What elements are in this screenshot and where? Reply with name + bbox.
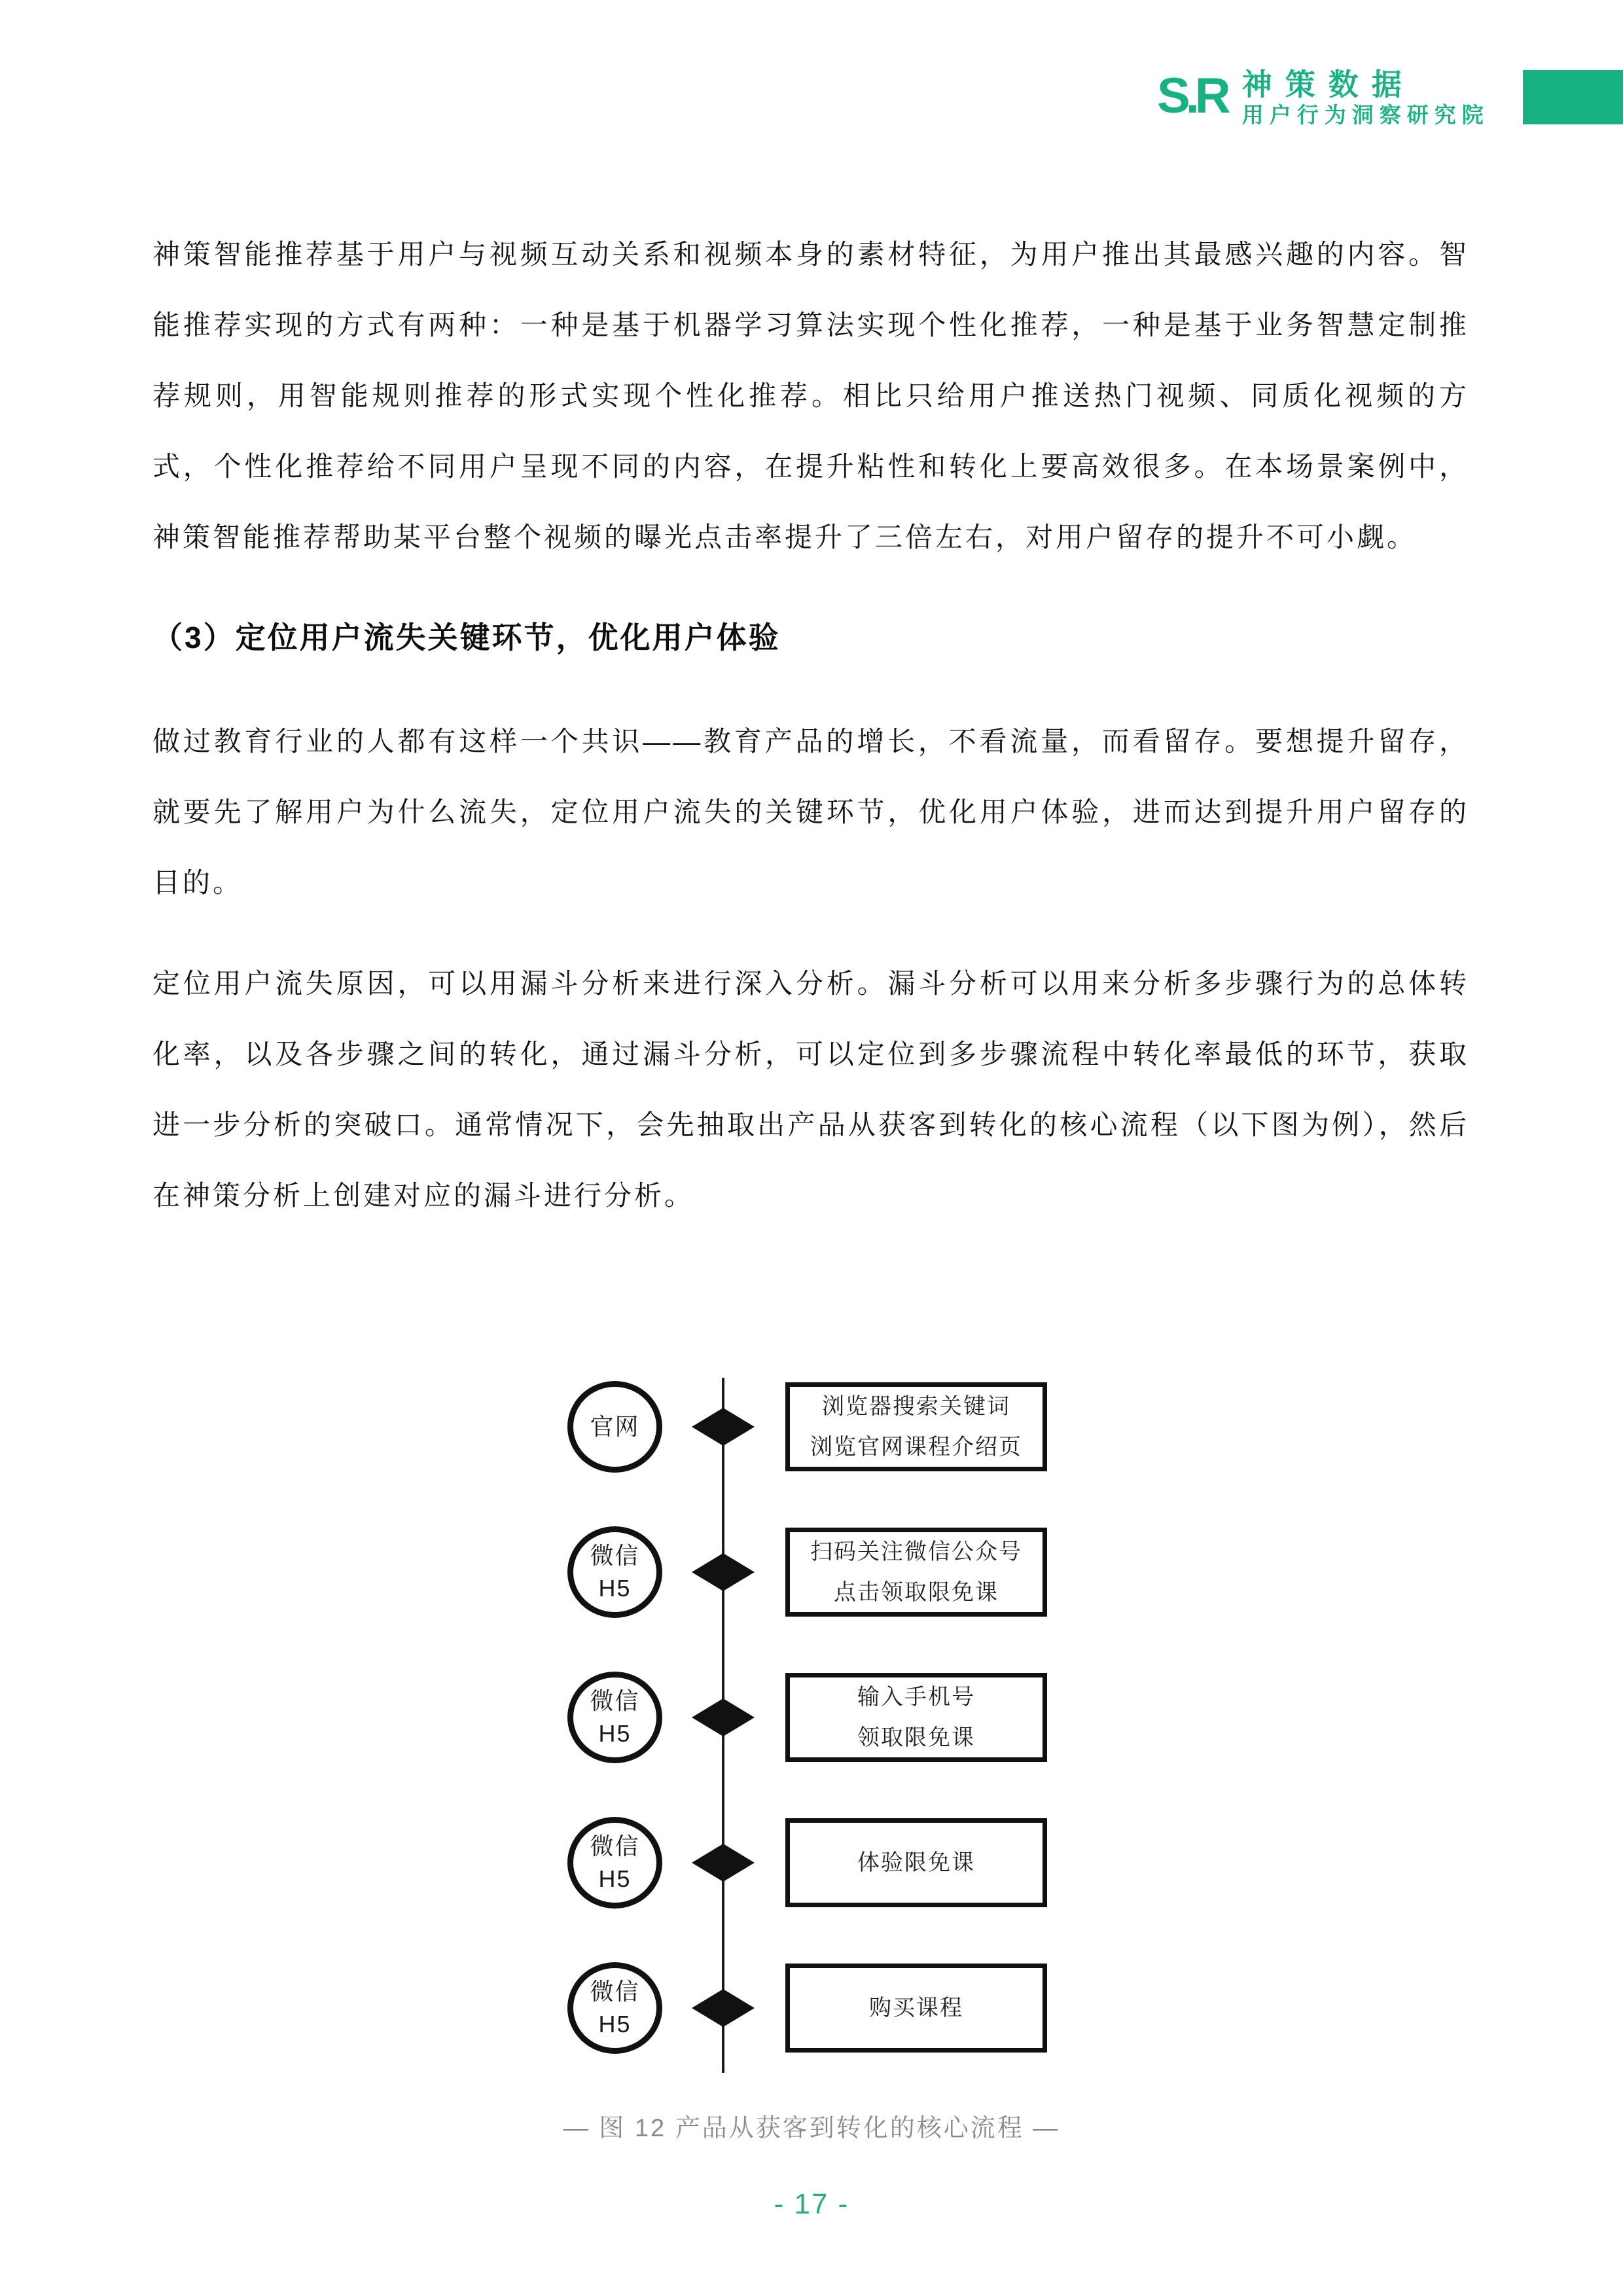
box-line: 浏览器搜索关键词: [822, 1386, 1010, 1427]
circle-label: H5: [598, 1863, 631, 1895]
flow-node-circle-wechat-h5: 微信 H5: [567, 1526, 662, 1618]
box-line: 输入手机号: [857, 1677, 975, 1717]
flow-node-circle-guanwang: 官网: [567, 1381, 662, 1473]
circle-label: 微信: [590, 1685, 639, 1717]
circle-label: H5: [598, 1717, 631, 1750]
document-page: S.R 神策数据 用户行为洞察研究院 神策智能推荐基于用户与视频互动关系和视频本…: [0, 0, 1623, 2296]
flow-step-box-purchase: 购买课程: [785, 1964, 1047, 2053]
figure-caption: — 图 12 产品从获客到转化的核心流程 —: [0, 2109, 1623, 2148]
circle-label: 微信: [590, 1830, 639, 1863]
flow-step-box-browse: 浏览器搜索关键词 浏览官网课程介绍页: [785, 1382, 1047, 1471]
flow-step-box-scan-follow: 扫码关注微信公众号 点击领取限免课: [785, 1528, 1047, 1617]
box-line: 体验限免课: [857, 1842, 975, 1883]
circle-label: H5: [598, 1572, 631, 1605]
flow-connector-diamond: [692, 1844, 755, 1882]
flow-connector-diamond: [692, 1698, 755, 1736]
section-heading: （3）定位用户流失关键环节，优化用户体验: [152, 606, 1469, 669]
box-line: 扫码关注微信公众号: [810, 1532, 1022, 1572]
paragraph-intelligent-recommendation: 神策智能推荐基于用户与视频互动关系和视频本身的素材特征，为用户推出其最感兴趣的内…: [152, 219, 1469, 573]
paragraph-education-consensus: 做过教育行业的人都有这样一个共识——教育产品的增长，不看流量，而看留存。要想提升…: [152, 706, 1469, 918]
paragraph-funnel-analysis: 定位用户流失原因，可以用漏斗分析来进行深入分析。漏斗分析可以用来分析多步骤行为的…: [152, 948, 1469, 1231]
flow-step-box-trial-course: 体验限免课: [785, 1818, 1047, 1907]
box-line: 点击领取限免课: [834, 1572, 999, 1613]
flow-node-circle-wechat-h5: 微信 H5: [567, 1817, 662, 1909]
box-line: 购买课程: [869, 1988, 963, 2028]
flow-node-circle-wechat-h5: 微信 H5: [567, 1672, 662, 1763]
circle-label: 微信: [590, 1975, 639, 2008]
flow-connector-diamond: [692, 1408, 755, 1446]
flow-connector-diamond: [692, 1989, 755, 2027]
box-line: 领取限免课: [857, 1717, 975, 1758]
circle-label: H5: [598, 2008, 631, 2041]
page-content: 神策智能推荐基于用户与视频互动关系和视频本身的素材特征，为用户推出其最感兴趣的内…: [0, 0, 1623, 1231]
flow-step-box-enter-phone: 输入手机号 领取限免课: [785, 1673, 1047, 1762]
box-line: 浏览官网课程介绍页: [810, 1427, 1022, 1467]
flow-connector-diamond: [692, 1553, 755, 1591]
flow-node-circle-wechat-h5: 微信 H5: [567, 1962, 662, 2054]
circle-label: 官网: [590, 1410, 639, 1443]
page-number: - 17 -: [0, 2185, 1623, 2224]
circle-label: 微信: [590, 1539, 639, 1572]
